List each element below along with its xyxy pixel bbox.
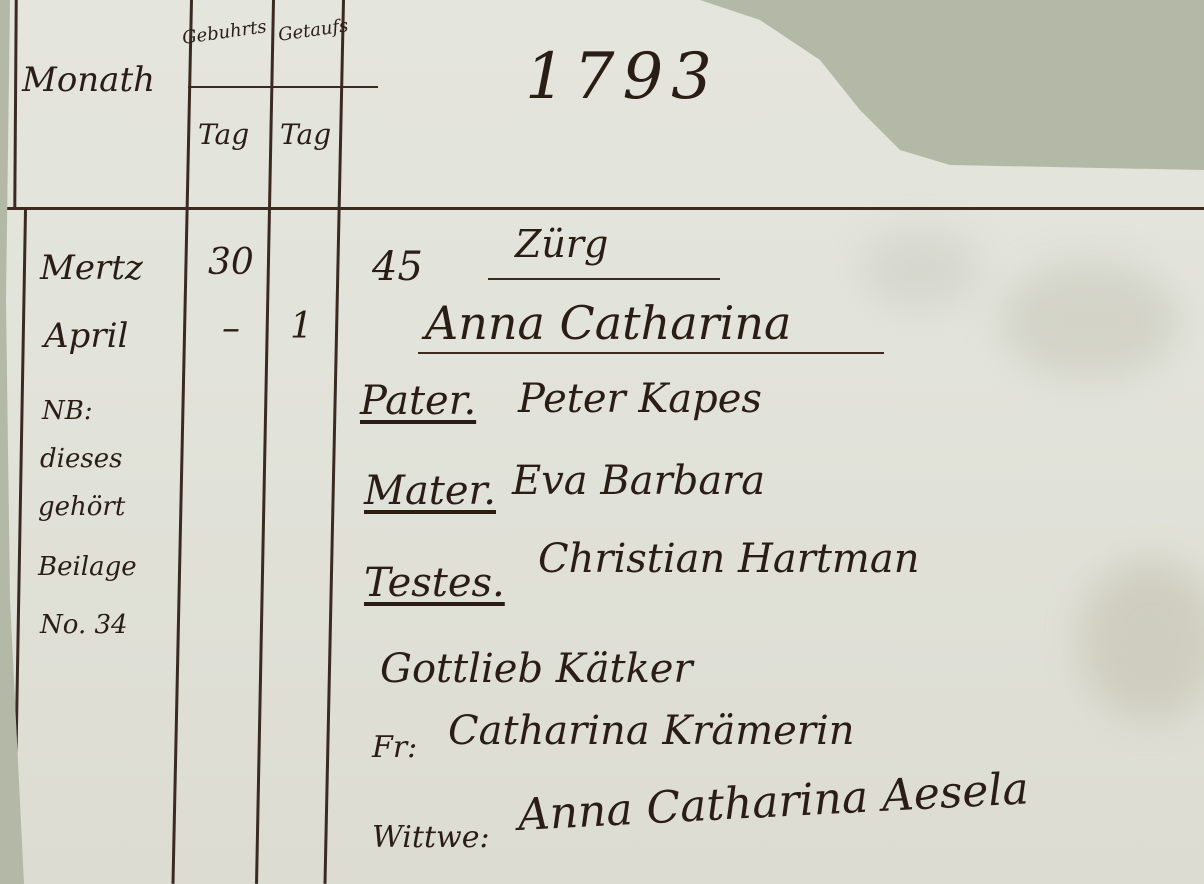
mater-label: Mater. [364,468,496,514]
godparent-3: Catharina Krämerin [448,708,855,754]
entry-number: 45 [372,244,423,290]
paper-stain [860,230,980,310]
column-rule-baptism [255,0,275,884]
header-rule [6,207,1204,210]
header-month: Monath [22,60,155,100]
header-baptism: Getaufs [277,15,350,46]
baptism-dash: – [222,308,240,349]
entry-place: Zürg [515,222,608,266]
paper-stain [1080,560,1204,720]
register-page: Monath Gebuhrts Getaufs Tag Tag 1793 Mer… [0,0,1204,884]
month-march: Mertz [40,248,143,288]
testes-label-text: Testes. [364,560,505,606]
testes-label: Testes. [364,560,505,606]
header-baptism-day: Tag [280,118,331,151]
pater-label: Pater. [360,378,476,424]
mater-label-text: Mater. [364,468,496,514]
register-year: 1793 [525,40,720,114]
godparent-2: Gottlieb Kätker [380,646,693,692]
paper-stain [1000,260,1180,380]
place-underline [488,278,720,280]
godparent-1: Christian Hartman [538,536,919,582]
header-birth: Gebuhrts [181,16,268,49]
godparent-4-prefix: Wittwe: [372,820,490,855]
pater-label-text: Pater. [360,378,476,424]
pater-name: Peter Kapes [518,376,762,422]
column-rule-birth [171,0,193,884]
birth-day: 30 [208,242,254,283]
child-name: Anna Catharina [425,296,791,350]
subheader-rule [188,86,378,88]
godparent-4: Anna Catharina Aesela [517,763,1030,841]
header-birth-day: Tag [198,118,249,151]
child-name-underline [418,352,884,354]
margin-note-number: No. 34 [40,606,128,644]
column-rule-left-lower [12,210,27,884]
margin-note-line: Beilage [38,548,137,586]
month-april: April [44,316,128,356]
baptism-day: 1 [290,306,313,347]
godparent-3-prefix: Fr: [372,730,417,765]
margin-note-line: dieses [40,440,122,478]
mater-name: Eva Barbara [512,458,765,504]
margin-note-nb: NB: [42,392,93,430]
margin-note-line: gehört [38,488,125,526]
column-rule-left [13,0,17,210]
